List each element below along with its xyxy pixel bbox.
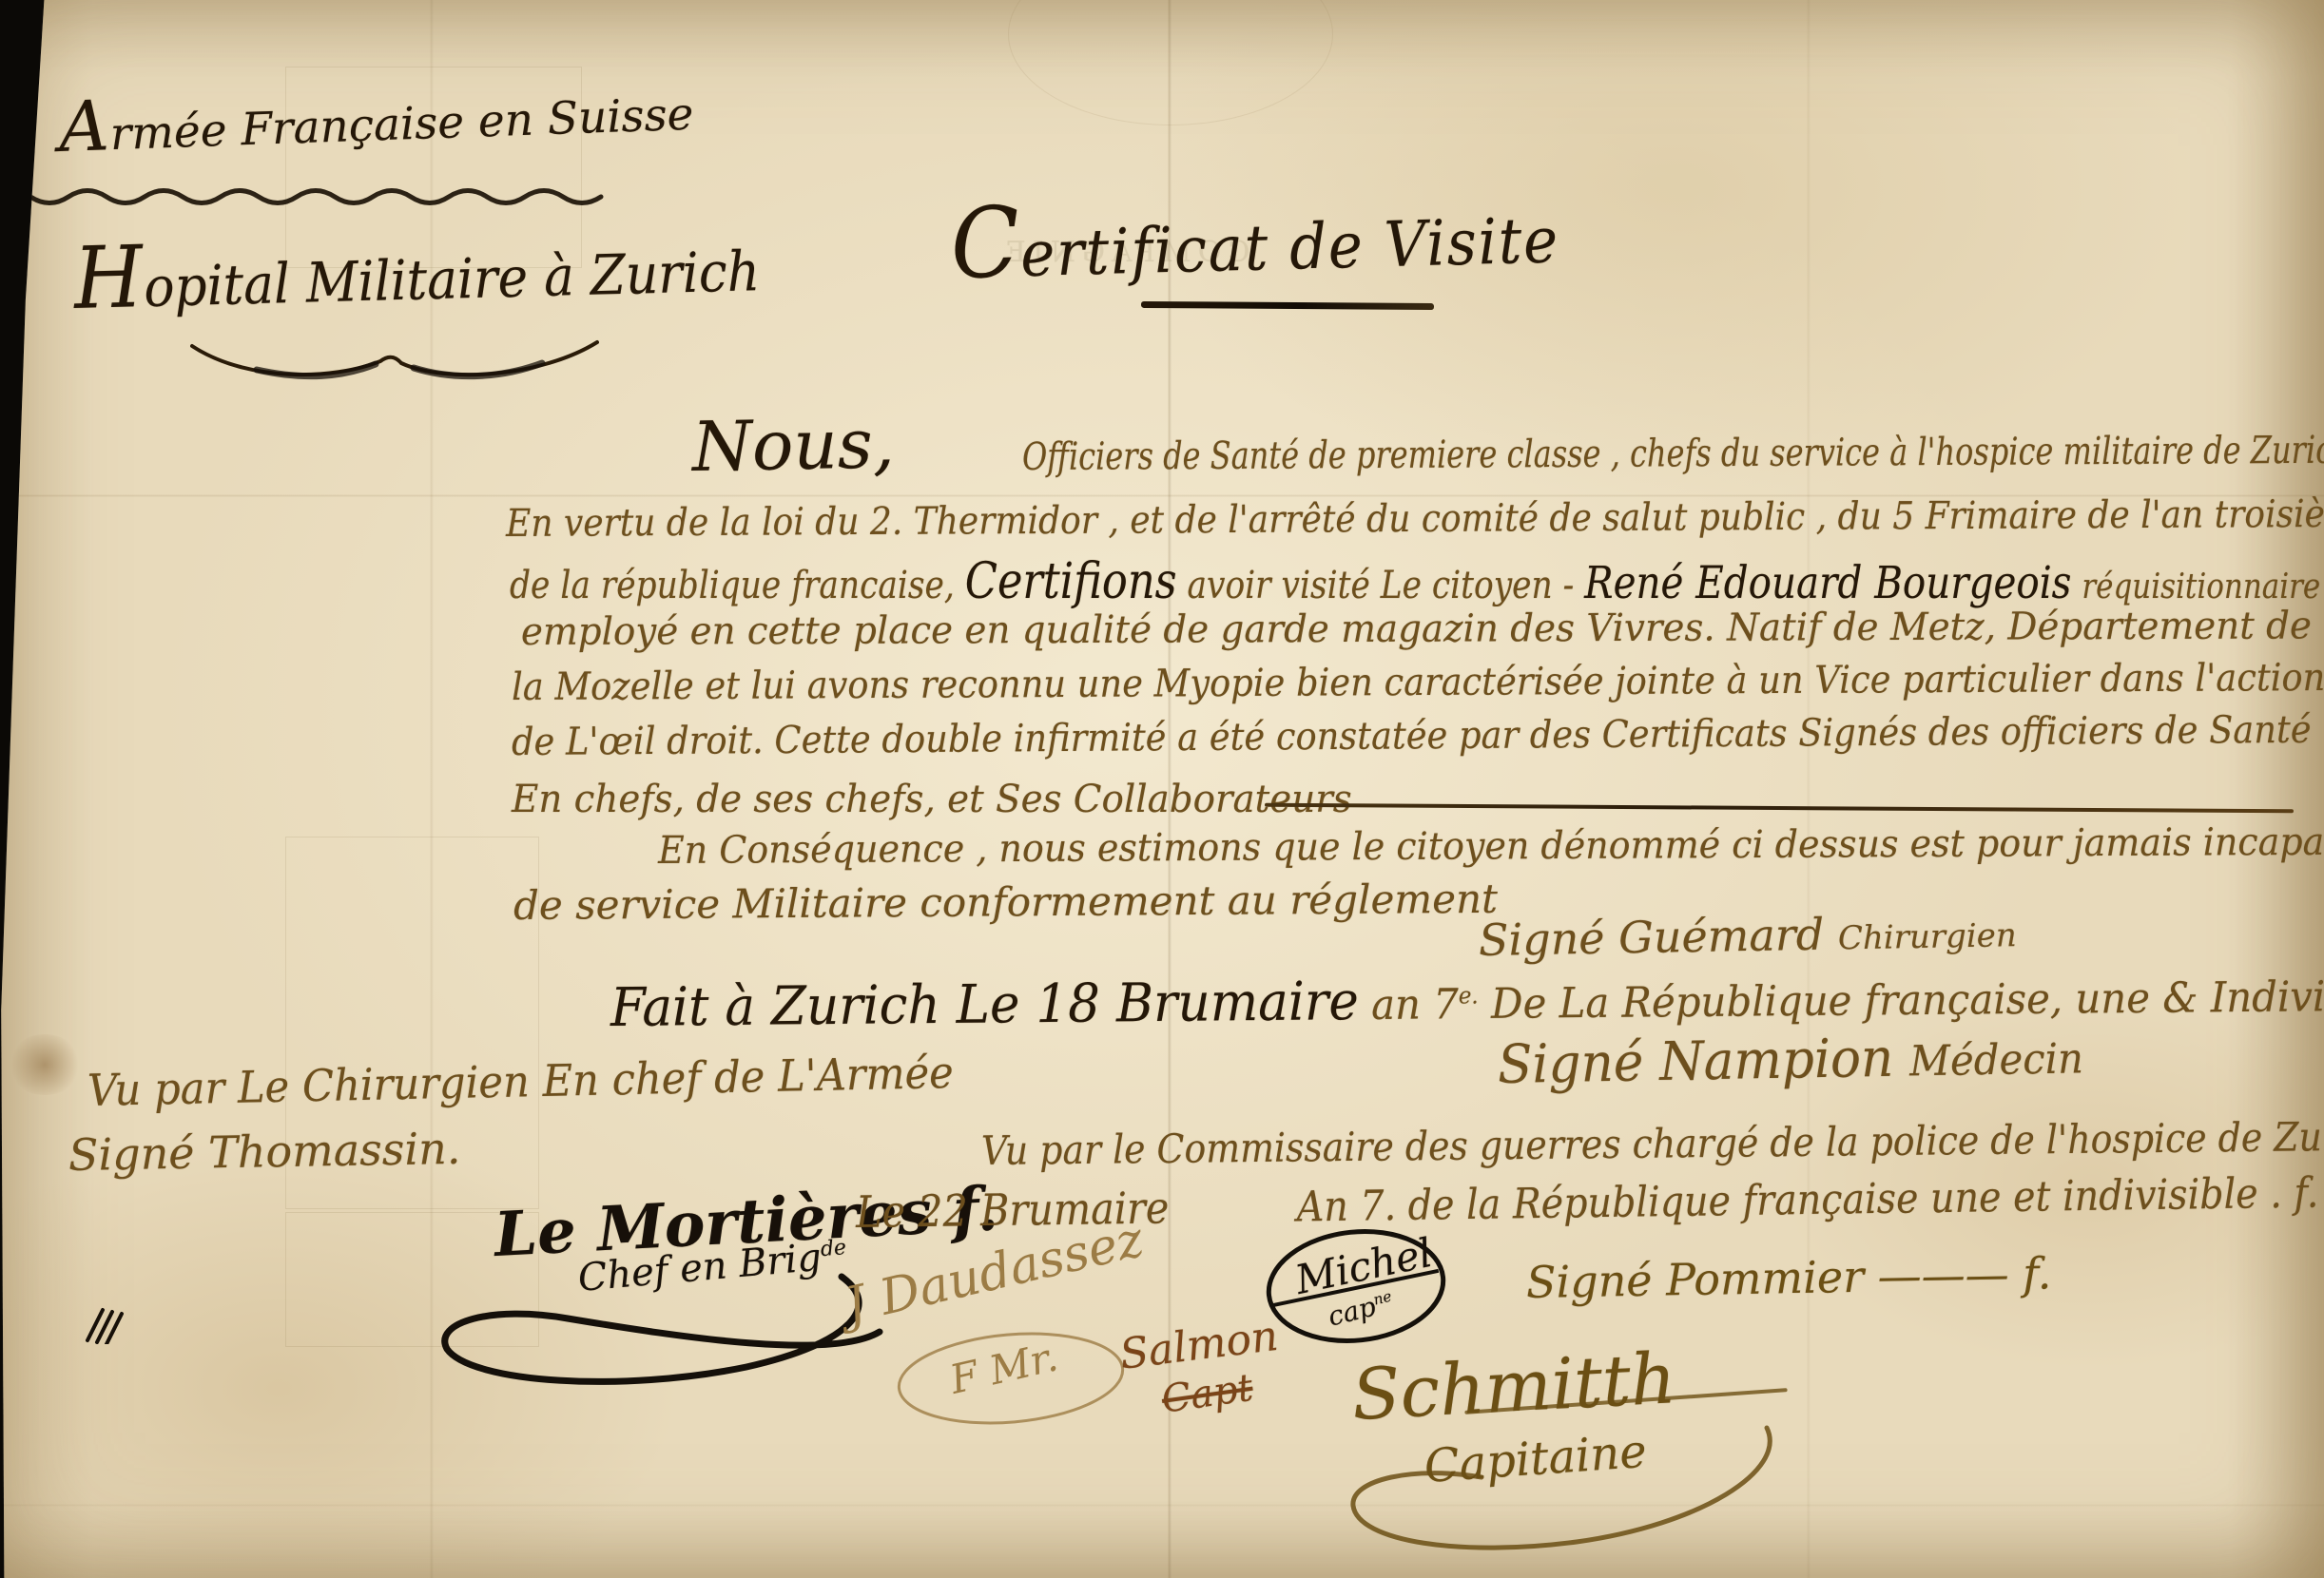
commissaire-date-right: An 7. de la République française une et … <box>1296 1169 2318 1232</box>
body-line-8: En Conséquence , nous estimons que le ci… <box>658 820 2324 873</box>
michel-rank-sup: ne <box>1371 1288 1393 1309</box>
body-line-7: En chefs, de ses chefs, et Ses Collabora… <box>512 778 1352 821</box>
pen-flourish-mark <box>82 1304 139 1344</box>
document-scan: COMPAGNIE Armée Française en Suisse Hopi… <box>0 0 2324 1578</box>
citizen-name: René Edouard Bourgeois <box>1584 557 2071 609</box>
body-line-3-post: réquisitionnaire <box>2082 568 2320 606</box>
title-underline <box>1141 301 1434 310</box>
signature-guemard: Signé Guémard Chirurgien <box>1479 905 2018 966</box>
signature-michel-oval: Michel capne <box>1257 1217 1455 1356</box>
body-line-9: de service Militaire conformement au rég… <box>513 876 1498 929</box>
body-line-6: de L'œil droit. Cette double infirmité a… <box>512 708 2312 764</box>
watermark-oval <box>1008 0 1333 125</box>
date-place: Fait à Zurich Le 18 Brumaire <box>610 971 1359 1039</box>
paper-sheet: COMPAGNIE Armée Française en Suisse Hopi… <box>0 0 2324 1578</box>
signature-daudassez-oval: F Mr. <box>888 1320 1133 1435</box>
header-army-line: Armée Française en Suisse <box>58 66 695 168</box>
mortieres-rank-sup: de <box>820 1236 847 1261</box>
signature-guemard-title: Chirurgien <box>1838 916 2018 957</box>
signature-salmon-rank: Capt <box>1159 1366 1256 1422</box>
signature-nampion: Signé Nampion Médecin <box>1497 1024 2083 1096</box>
date-year-sup: e. <box>1459 982 1479 1009</box>
signature-nampion-title: Médecin <box>1909 1034 2084 1086</box>
date-year: an 7 <box>1371 980 1459 1030</box>
body-line-1: Officiers de Santé de premiere classe , … <box>1022 428 2324 479</box>
document-title: Certificat de Visite <box>949 172 1560 301</box>
body-line-4: employé en cette place en qualité de gar… <box>521 604 2312 654</box>
body-line-5: la Mozelle et lui avons reconnu une Myop… <box>512 656 2324 709</box>
ink-stain <box>8 1034 82 1095</box>
body-rule <box>1265 803 2294 814</box>
body-opening-word: Nous, <box>691 403 895 487</box>
fold-crease-vertical <box>1807 0 1811 1578</box>
decorative-bracket-flourish <box>190 338 599 388</box>
signature-pommier: Signé Pommier ——— f. <box>1526 1247 2052 1308</box>
body-line-2: En vertu de la loi du 2. Thermidor , et … <box>506 492 2324 546</box>
fold-crease-horizontal <box>0 1504 2324 1507</box>
decorative-wavy-rule <box>0 181 610 209</box>
certify-word: Certifions <box>965 553 1177 610</box>
signature-salmon: Salmon <box>1117 1312 1281 1379</box>
signature-nampion-name: Signé Nampion <box>1497 1028 1893 1096</box>
vu-chirurgien-line: Vu par Le Chirurgien En chef de L'Armée <box>87 1047 954 1116</box>
header-hospital-line: Hopital Militaire à Zurich <box>73 212 761 329</box>
signature-guemard-name: Signé Guémard <box>1479 909 1825 966</box>
body-line-3-mid: avoir visité Le citoyen - <box>1188 564 1575 607</box>
date-rest: De La République française, une & Indivi… <box>1491 972 2324 1029</box>
body-line-3: de la république francaise, Certifions a… <box>510 553 2320 610</box>
date-gap <box>1182 1222 1285 1223</box>
body-line-3-pre: de la république francaise, <box>510 564 955 607</box>
signature-thomassin: Signé Thomassin. <box>68 1123 461 1181</box>
vu-commissaire-line: Vu par le Commissaire des guerres chargé… <box>981 1112 2324 1174</box>
signature-mortieres-flourish <box>433 1269 889 1393</box>
